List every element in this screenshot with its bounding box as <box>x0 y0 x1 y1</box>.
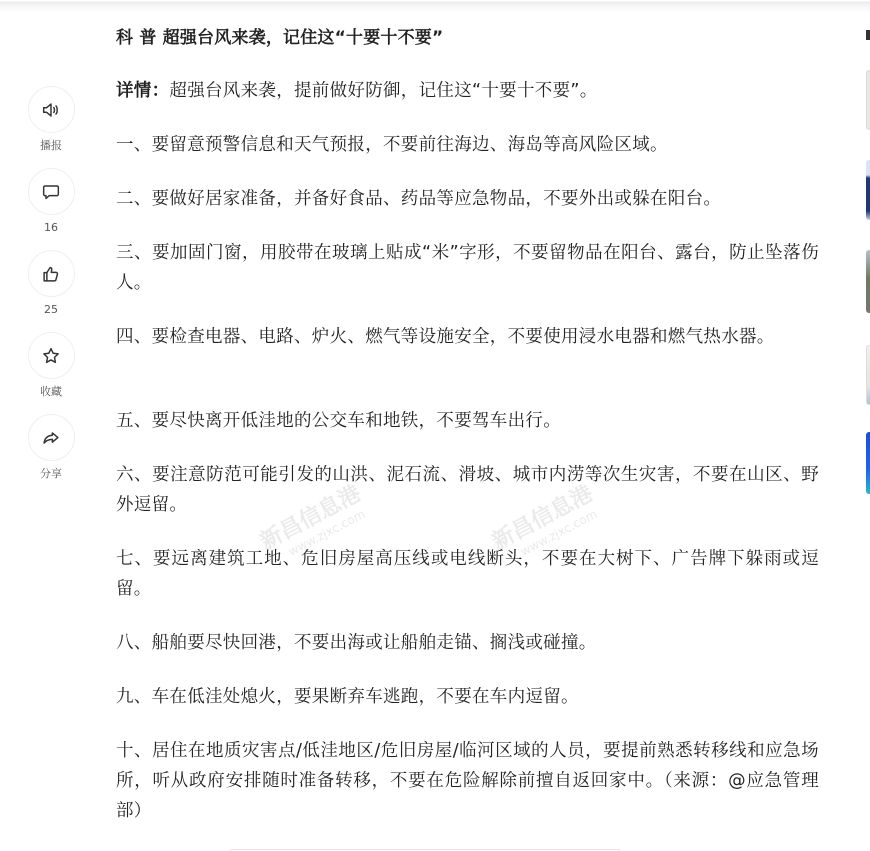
speak-button-circle[interactable] <box>28 86 75 133</box>
article-item-5: 五、要尽快离开低洼地的公交车和地铁，不要驾车出行。 <box>116 406 561 436</box>
article-detail: 详情：超强台风来袭，提前做好防御，记住这“十要十不要”。 <box>116 76 598 106</box>
article-item-1: 一、要留意预警信息和天气预报，不要前往海边、海岛等高风险区域。 <box>116 130 668 160</box>
speak-label: 播报 <box>40 138 62 153</box>
related-thumbnail-3[interactable] <box>866 250 870 313</box>
article-item-8: 八、船舶要尽快回港，不要出海或让船舶走锚、搁浅或碰撞。 <box>116 628 597 658</box>
speak-button[interactable]: 播报 <box>27 86 75 153</box>
article-item-10: 十、居住在地质灾害点/低洼地区/危旧房屋/临河区域的人员，要提前熟悉转移线和应急… <box>116 736 819 826</box>
share-icon <box>40 427 62 449</box>
article-item-6: 六、要注意防范可能引发的山洪、泥石流、滑坡、城市内涝等次生灾害，不要在山区、野外… <box>116 460 819 520</box>
article-item-7: 七、要远离建筑工地、危旧房屋高压线或电线断头，不要在大树下、广告牌下躲雨或逗留。 <box>116 544 819 604</box>
favorite-button[interactable]: 收藏 <box>27 332 75 399</box>
detail-label: 详情： <box>116 81 169 101</box>
related-thumbnail-2[interactable] <box>866 160 870 220</box>
share-button-circle[interactable] <box>28 414 75 461</box>
article-body: 科 普 超强台风来袭，记住这“十要十不要” 详情：超强台风来袭，提前做好防御，记… <box>116 24 819 52</box>
like-button[interactable]: 25 <box>27 250 75 317</box>
related-thumbnail-4[interactable] <box>866 345 870 405</box>
favorite-button-circle[interactable] <box>28 332 75 379</box>
favorite-label: 收藏 <box>40 384 62 399</box>
detail-text: 超强台风来袭，提前做好防御，记住这“十要十不要”。 <box>169 81 597 101</box>
related-thumbnail-5[interactable] <box>866 432 870 494</box>
top-header-shadow <box>0 0 870 14</box>
comment-button[interactable]: 16 <box>27 168 75 235</box>
article-item-9: 九、车在低洼处熄火，要果断弃车逃跑，不要在车内逗留。 <box>116 682 579 712</box>
comment-icon <box>40 181 62 203</box>
comment-count: 16 <box>44 220 58 235</box>
star-icon <box>40 345 62 367</box>
comment-button-circle[interactable] <box>28 168 75 215</box>
share-label: 分享 <box>40 466 62 481</box>
like-count: 25 <box>44 302 58 317</box>
article-item-3: 三、要加固门窗，用胶带在玻璃上贴成“米”字形，不要留物品在阳台、露台，防止坠落伤… <box>116 238 819 298</box>
article-item-4: 四、要检查电器、电路、炉火、燃气等设施安全，不要使用浸水电器和燃气热水器。 <box>116 322 775 352</box>
article-title: 科 普 超强台风来袭，记住这“十要十不要” <box>116 24 819 52</box>
thumbs-up-icon <box>40 263 62 285</box>
speaker-icon <box>40 99 62 121</box>
article-item-2: 二、要做好居家准备，并备好食品、药品等应急物品，不要外出或躲在阳台。 <box>116 184 721 214</box>
right-sidebar-heading-fragment <box>866 30 870 40</box>
related-thumbnail-1[interactable] <box>866 70 870 130</box>
like-button-circle[interactable] <box>28 250 75 297</box>
share-button[interactable]: 分享 <box>27 414 75 481</box>
